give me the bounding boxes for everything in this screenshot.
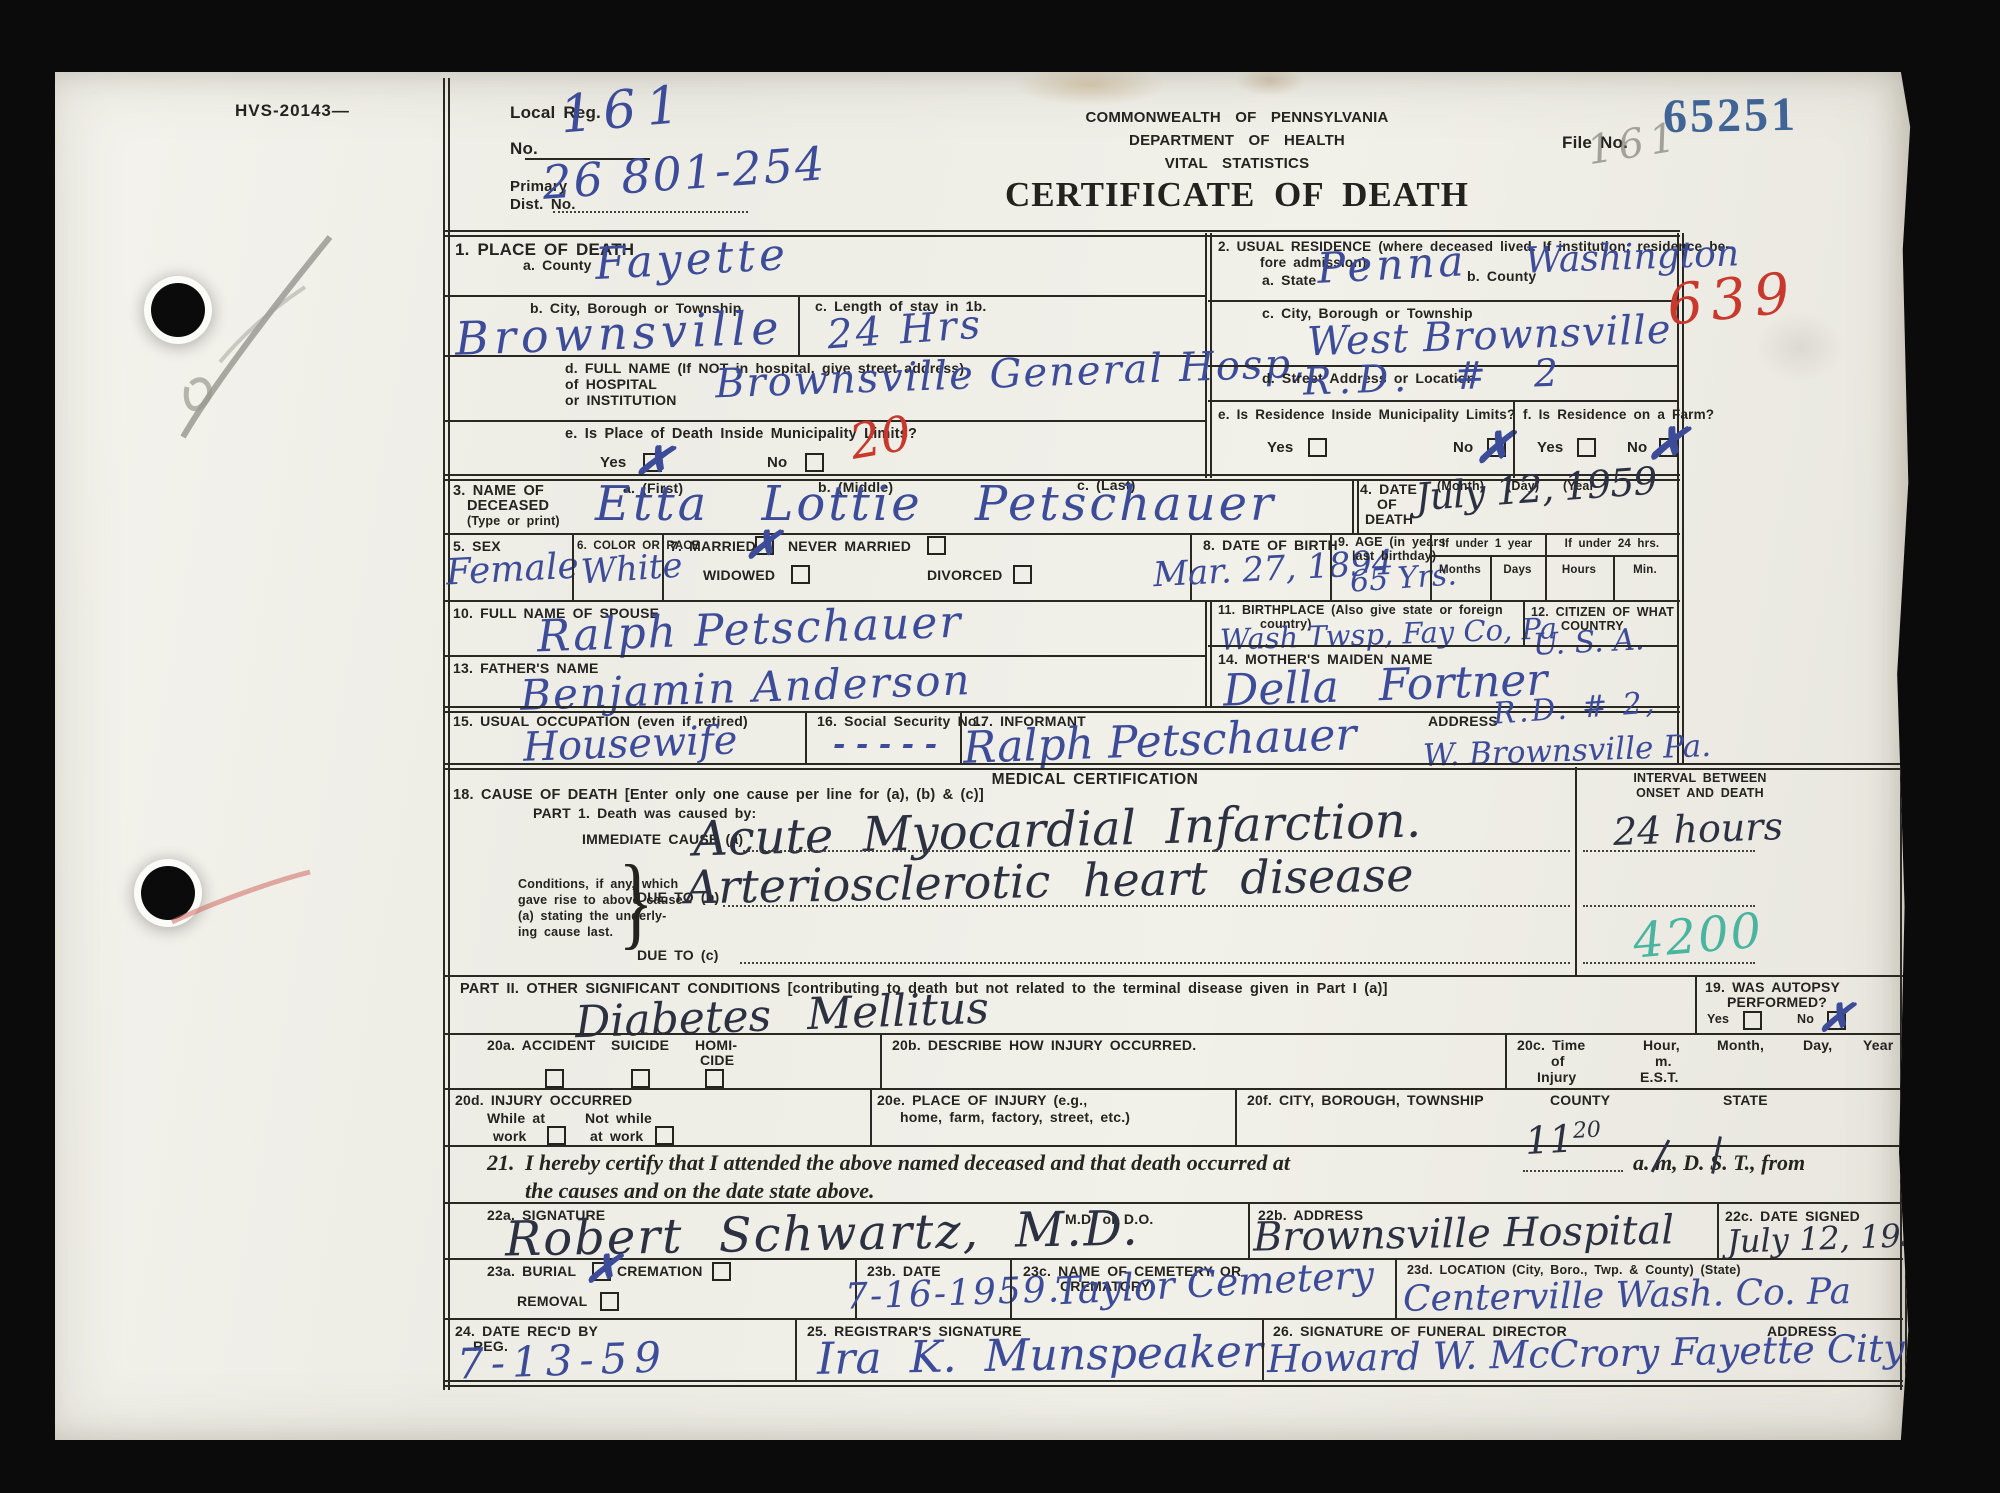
- cause-of-death-heading: 18. CAUSE OF DEATH [Enter only one cause…: [453, 788, 984, 804]
- divider: [1248, 1202, 1250, 1258]
- place-of-injury-label-2: home, farm, factory, street, etc.): [900, 1110, 1130, 1125]
- ssn-value: - - - - -: [833, 730, 937, 760]
- days-label: Days: [1490, 564, 1545, 577]
- suicide-checkbox: [631, 1069, 650, 1088]
- place-limits-no-label: No: [767, 455, 787, 472]
- autopsy-yes-checkbox: [1743, 1011, 1762, 1030]
- local-reg-number: 161: [558, 78, 691, 141]
- citizen-heading-1: 12. CITIZEN OF WHAT: [1531, 606, 1674, 620]
- hospital-label-2: of HOSPITAL: [565, 377, 657, 392]
- autopsy-heading-2: PERFORMED?: [1727, 995, 1827, 1010]
- certificate-paper: HVS-20143— Local Reg. No. 161 Primary Di…: [55, 72, 1912, 1440]
- injury-city-label: 20f. CITY, BOROUGH, TOWNSHIP: [1247, 1093, 1484, 1108]
- place-limits-yes-label: Yes: [600, 455, 626, 472]
- rule: [1208, 400, 1677, 402]
- paper-stain: [1015, 64, 1165, 106]
- accident-label: 20a. ACCIDENT: [487, 1038, 596, 1053]
- residence-limits-no-label: No: [1453, 440, 1473, 457]
- rule: [445, 1145, 1903, 1147]
- interval-value: 24 hours: [1612, 807, 1783, 851]
- certify-text-3: the causes and on the date state above.: [525, 1178, 875, 1204]
- divider: [662, 533, 664, 600]
- rule: [1583, 850, 1755, 852]
- commonwealth-line: COMMONWEALTH OF PENNSYLVANIA: [932, 110, 1542, 127]
- divider: [1695, 975, 1697, 1033]
- under-24-hrs-label: If under 24 hrs.: [1548, 538, 1676, 551]
- hospital-value: Brownsville General Hosp,: [714, 344, 1307, 405]
- est-label: E.S.T.: [1640, 1070, 1679, 1085]
- certificate-title: CERTIFICATE OF DEATH: [932, 175, 1542, 215]
- farm-yes-label: Yes: [1537, 440, 1563, 457]
- divorced-label: DIVORCED: [927, 568, 1003, 583]
- time-of-injury-label-2: of: [1551, 1054, 1565, 1069]
- name-heading-2: DECEASED: [467, 499, 549, 515]
- department-line: DEPARTMENT OF HEALTH: [932, 133, 1542, 150]
- race-value: White: [580, 549, 684, 590]
- month-label: Month,: [1717, 1038, 1764, 1053]
- rule: [445, 975, 1903, 977]
- divider: [1330, 533, 1332, 600]
- divider: [1205, 600, 1212, 707]
- conditions-note-4: ing cause last.: [518, 926, 613, 940]
- married-label: 7. MARRIED: [670, 539, 756, 554]
- certify-number: 21.: [487, 1150, 515, 1176]
- rule: [553, 211, 748, 213]
- time-of-injury-label-3: Injury: [1537, 1070, 1576, 1085]
- months-label: Months: [1430, 564, 1490, 577]
- rule: [1208, 300, 1677, 302]
- divider: [795, 1318, 797, 1380]
- rule: [445, 1088, 1903, 1090]
- divider: [880, 1033, 882, 1088]
- rule: [445, 420, 1205, 422]
- autopsy-no-label: No: [1797, 1013, 1814, 1027]
- occupation-value: Housewife: [522, 720, 738, 767]
- funeral-director-value: Howard W. McCrory Fayette City Pa.: [1267, 1328, 1976, 1378]
- divider: [1235, 1088, 1237, 1145]
- burial-label: 23a. BURIAL: [487, 1264, 576, 1279]
- section-rule: [445, 763, 1903, 770]
- at-work-label: at work: [590, 1129, 643, 1144]
- divider: [1613, 555, 1615, 600]
- injury-occurred-label: 20d. INJURY OCCURRED: [455, 1093, 632, 1108]
- divider: [1010, 1258, 1012, 1318]
- rule: [445, 1318, 1903, 1320]
- cremation-label: CREMATION: [617, 1264, 703, 1279]
- vital-statistics-line: VITAL STATISTICS: [932, 156, 1542, 173]
- county-label: a. County: [523, 258, 592, 273]
- m-label: m.: [1655, 1054, 1672, 1069]
- rule: [445, 1258, 1903, 1260]
- residence-limits-no-mark: ✗: [1473, 423, 1515, 472]
- residence-limits-yes-checkbox: [1308, 438, 1327, 457]
- rule: [1523, 1170, 1623, 1172]
- divider: [1717, 1202, 1719, 1258]
- rule: [445, 655, 1205, 657]
- divider: [1395, 1258, 1397, 1318]
- pencil-scribble: [165, 212, 365, 452]
- rule: [445, 1202, 1903, 1204]
- form-right-border: [1900, 763, 1907, 1390]
- rule: [445, 533, 1680, 535]
- hour-label: Hour,: [1643, 1038, 1680, 1053]
- divider: [1490, 555, 1492, 600]
- rule: [1208, 645, 1677, 647]
- red-annotation-20: 20: [846, 409, 914, 467]
- divider: [1262, 1318, 1264, 1380]
- year-label: Year: [1863, 1038, 1893, 1053]
- red-annotation-639: 639: [1664, 265, 1800, 334]
- removal-label: REMOVAL: [517, 1294, 587, 1309]
- homicide-checkbox: [705, 1069, 724, 1088]
- while-at-label: While at: [487, 1111, 545, 1126]
- cremation-checkbox: [712, 1262, 731, 1281]
- teal-code-value: 4200: [1631, 906, 1765, 965]
- informant-address-label: ADDRESS: [1428, 714, 1498, 729]
- time-of-injury-label-1: 20c. Time: [1517, 1038, 1585, 1053]
- injury-county-label: COUNTY: [1550, 1093, 1610, 1108]
- divider: [1523, 600, 1525, 645]
- rule: [1583, 962, 1755, 964]
- residence-limits-yes-label: Yes: [1267, 440, 1293, 457]
- rule: [445, 600, 1680, 602]
- date-of-death-value: July 12, 1959: [1414, 462, 1658, 517]
- paper-stain: [1235, 66, 1305, 96]
- divorced-checkbox: [1013, 565, 1032, 584]
- widowed-label: WIDOWED: [703, 568, 775, 583]
- place-of-injury-label-1: 20e. PLACE OF INJURY (e.g.,: [877, 1093, 1087, 1108]
- file-number-stamp: 65251: [1663, 87, 1799, 144]
- divider: [1513, 400, 1515, 478]
- primary-dist-number: 26 801-254: [541, 140, 828, 206]
- residence-state-value: Penna: [1316, 240, 1468, 290]
- date-received-value: 7-13-59: [456, 1336, 668, 1385]
- divider: [960, 711, 962, 765]
- registrar-signature-value: Ira K. Munspeaker: [817, 1330, 1264, 1382]
- rule: [1430, 555, 1677, 557]
- residence-state-label: a. State: [1262, 273, 1316, 288]
- date-signed-value: July 12, 1959: [1727, 1218, 1942, 1257]
- place-limits-no-checkbox: [805, 453, 824, 472]
- burial-location-value: Centerville Wash. Co. Pa: [1403, 1274, 1852, 1318]
- certify-time-value: 1120: [1524, 1118, 1602, 1160]
- suicide-label: SUICIDE: [611, 1038, 669, 1053]
- certify-text-1: I hereby certify that I attended the abo…: [525, 1150, 1290, 1176]
- divider: [1575, 767, 1577, 975]
- name-heading-3: (Type or print): [467, 515, 560, 529]
- street-value: R.D. # 2: [1302, 353, 1565, 400]
- informant-address-value-1: R.D. # 2,: [1492, 688, 1658, 729]
- form-left-border: [443, 78, 450, 1390]
- autopsy-yes-label: Yes: [1707, 1013, 1729, 1027]
- injury-state-label: STATE: [1723, 1093, 1768, 1108]
- margin-form-number-stamp: HVS-20143—: [235, 102, 350, 121]
- interval-heading-2: ONSET AND DEATH: [1580, 787, 1820, 801]
- hospital-label-3: or INSTITUTION: [565, 393, 677, 408]
- punch-hole: [151, 283, 205, 337]
- widowed-checkbox: [791, 565, 810, 584]
- birthplace-value: Wash Twsp, Fay Co, Pa: [1220, 614, 1558, 655]
- red-pencil-mark: [160, 864, 320, 934]
- medical-certification-title: MEDICAL CERTIFICATION: [915, 771, 1275, 788]
- describe-injury-label: 20b. DESCRIBE HOW INJURY OCCURRED.: [892, 1038, 1196, 1053]
- rule: [445, 295, 1205, 297]
- never-married-label: NEVER MARRIED: [788, 539, 911, 554]
- date-of-death-heading-3: DEATH: [1365, 512, 1413, 527]
- header-rule: [445, 230, 1680, 237]
- not-while-at-work-checkbox: [655, 1126, 674, 1145]
- divider: [870, 1088, 872, 1145]
- hours-label: Hours: [1545, 564, 1613, 577]
- deceased-name-value: Etta Lottie Petschauer: [595, 480, 1276, 528]
- sex-value: Female: [445, 549, 579, 592]
- farm-no-label: No: [1627, 440, 1647, 457]
- removal-checkbox: [600, 1292, 619, 1311]
- stay-value: 24 Hrs: [826, 305, 985, 356]
- residence-limits-question: e. Is Residence Inside Municipality Limi…: [1218, 408, 1515, 423]
- rule: [445, 1033, 1903, 1035]
- divider: [798, 295, 800, 355]
- photo-background: HVS-20143— Local Reg. No. 161 Primary Di…: [0, 0, 2000, 1493]
- day-label: Day,: [1803, 1038, 1832, 1053]
- rule: [740, 962, 1570, 964]
- divider: [805, 711, 807, 765]
- city-value: Brownsville: [454, 304, 784, 361]
- physician-address-value: Brownsville Hospital: [1253, 1210, 1675, 1257]
- file-number-pencil: 161: [1584, 117, 1683, 171]
- divider: [1352, 480, 1359, 533]
- divider: [1505, 1033, 1507, 1088]
- spouse-value: Ralph Petschauer: [536, 601, 963, 660]
- accident-checkbox: [545, 1069, 564, 1088]
- work-label: work: [493, 1129, 526, 1144]
- rule: [723, 905, 1570, 907]
- married-mark: ✗: [743, 522, 782, 567]
- local-reg-no-label: No.: [510, 140, 538, 159]
- divider: [572, 533, 574, 600]
- interval-heading-1: INTERVAL BETWEEN: [1580, 772, 1820, 786]
- bottom-rule: [445, 1380, 1903, 1387]
- due-to-b-value: Arteriosclerotic heart disease: [685, 852, 1414, 911]
- under-1-year-label: If under 1 year: [1432, 538, 1542, 551]
- min-label: Min.: [1613, 564, 1677, 577]
- farm-yes-checkbox: [1577, 438, 1596, 457]
- certify-time-minutes: 20: [1572, 1117, 1601, 1143]
- due-to-c-label: DUE TO (c): [637, 948, 719, 963]
- not-while-label: Not while: [585, 1111, 652, 1126]
- citizen-value: U. S. A.: [1532, 625, 1645, 661]
- county-value: Fayette: [594, 233, 790, 287]
- homicide-label-2: CIDE: [700, 1053, 734, 1068]
- while-at-work-checkbox: [547, 1126, 566, 1145]
- never-married-checkbox: [927, 536, 946, 555]
